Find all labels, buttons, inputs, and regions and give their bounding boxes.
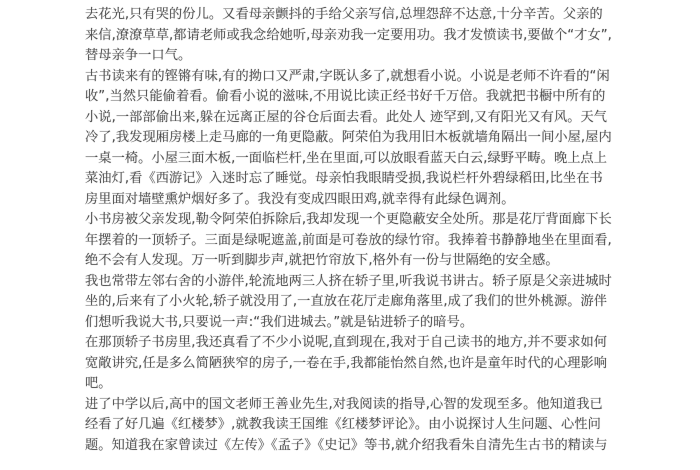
text-line: 吧。 [85, 374, 619, 395]
text-line: 题。知道我在家曾读过《左传》《孟子》《史记》等书,就介绍我看朱自清先生古书的精读… [85, 436, 619, 457]
text-line: 来信,潦潦草草,都请老师或我念给她听,母亲劝我一定要用功。我才发愤读书,要做个“… [85, 26, 619, 47]
text-line: 菜油灯,看《西游记》入迷时忘了睡觉。母亲怕我眼睛受损,我说栏杆外碧绿稻田,比坐在… [85, 169, 619, 190]
text-line: 古书读来有的铿锵有味,有的拗口又严肃,字既认多了,就想看小说。小说是老师不许看的… [85, 67, 619, 88]
text-line: 绝不会有人发现。万一听到脚步声,就把竹帘放下,格外有一份与世隔绝的安全感。 [85, 251, 619, 272]
text-line: 冷了,我发现厢房楼上走马廊的一角更隐蔽。阿荣伯为我用旧木板就墙角隔出一间小屋,屋… [85, 128, 619, 149]
text-line: 一桌一椅。小屋三面木板,一面临栏杆,坐在里面,可以放眼看蓝天白云,绿野平畴。晚上… [85, 149, 619, 170]
text-line: 进了中学以后,高中的国文老师王善业先生,对我阅读的指导,心智的发现至多。他知道我… [85, 395, 619, 416]
text-line: 替母亲争一口气。 [85, 46, 619, 67]
text-line: 收”,当然只能偷着看。偷看小说的滋味,不用说比读正经书好千万倍。我就把书橱中所有… [85, 87, 619, 108]
text-line: 小说,一部部偷出来,躲在远离正屋的谷仓后面去看。此处人 迹罕到,又有阳光又有风。… [85, 108, 619, 129]
text-line: 小书房被父亲发现,勒令阿荣伯拆除后,我却发现一个更隐蔽安全处所。那是花厅背面廊下… [85, 210, 619, 231]
text-line: 我也常带左邻右舍的小游伴,轮流地两三人挤在轿子里,听我说书讲古。轿子原是父亲进城… [85, 272, 619, 293]
text-line: 坐的,后来有了小火轮,轿子就没用了,一直放在花厅走廊角落里,成了我们的世外桃源。… [85, 292, 619, 313]
text-line: 去花光,只有哭的份儿。又看母亲颤抖的手给父亲写信,总埋怨辞不达意,十分辛苦。父亲… [85, 5, 619, 26]
text-line: 经看了好几遍《红楼梦》,就教我读王国维《红楼梦评论》。由小说探讨人生问题、心性问 [85, 415, 619, 436]
text-line: 年摆着的一顶轿子。三面是绿呢遮盖,前面是可卷放的绿竹帘。我捧着书静静地坐在里面看… [85, 231, 619, 252]
text-line: 们想听我说大书,只要说一声:“我们进城去。”就是钻进轿子的暗号。 [85, 313, 619, 334]
document-page: 去花光,只有哭的份儿。又看母亲颤抖的手给父亲写信,总埋怨辞不达意,十分辛苦。父亲… [85, 5, 619, 456]
text-line: 房里面对墙壁熏炉烟好多了。我没有变成四眼田鸡,就幸得有此绿色调剂。 [85, 190, 619, 211]
text-line: 在那顶轿子书房里,我还真看了不少小说呢,直到现在,我对于自己读书的地方,并不要求… [85, 333, 619, 354]
text-line: 宽敞讲究,任是多么简陋狭窄的房子,一卷在手,我都能怡然自然,也许是童年时代的心理… [85, 354, 619, 375]
